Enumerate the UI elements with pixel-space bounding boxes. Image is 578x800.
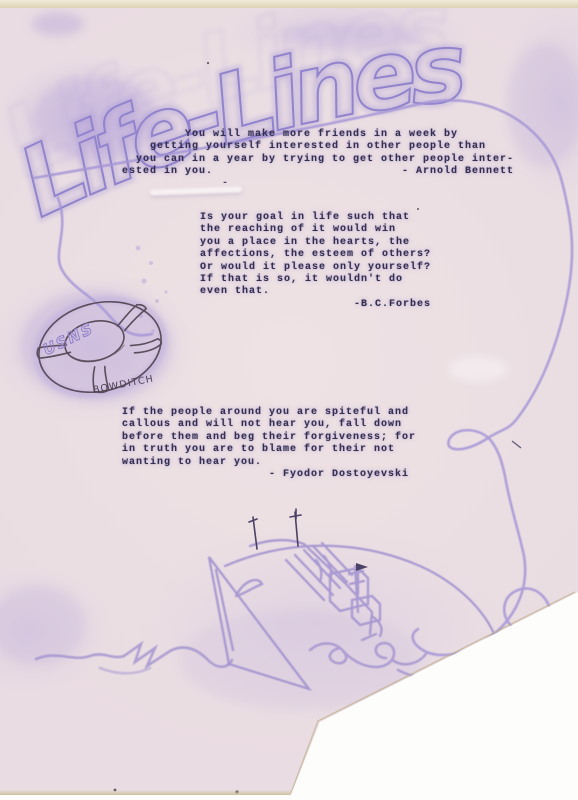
scanner-edge-top <box>0 0 578 9</box>
quote-bc-forbes: Is your goal in life such that the reach… <box>200 212 431 311</box>
artwork-layer: Life-Lines Life-Lines Life-Lines <box>0 8 578 795</box>
paper-sheet: Life-Lines Life-Lines Life-Lines <box>0 8 578 795</box>
rope-tick-mark <box>512 441 521 448</box>
ship-masts <box>249 509 368 571</box>
paper-bottom-edge <box>0 790 300 795</box>
ship-bow-crescent <box>236 580 262 596</box>
stray-typed-dash: - <box>222 178 228 189</box>
ship-flag <box>356 563 368 571</box>
quote-fyodor-dostoyevski: If the people around you are spiteful an… <box>122 407 416 481</box>
quote-arnold-bennett: You will make more friends in a week by … <box>122 129 514 179</box>
paper-wrinkle-highlight <box>448 356 508 382</box>
